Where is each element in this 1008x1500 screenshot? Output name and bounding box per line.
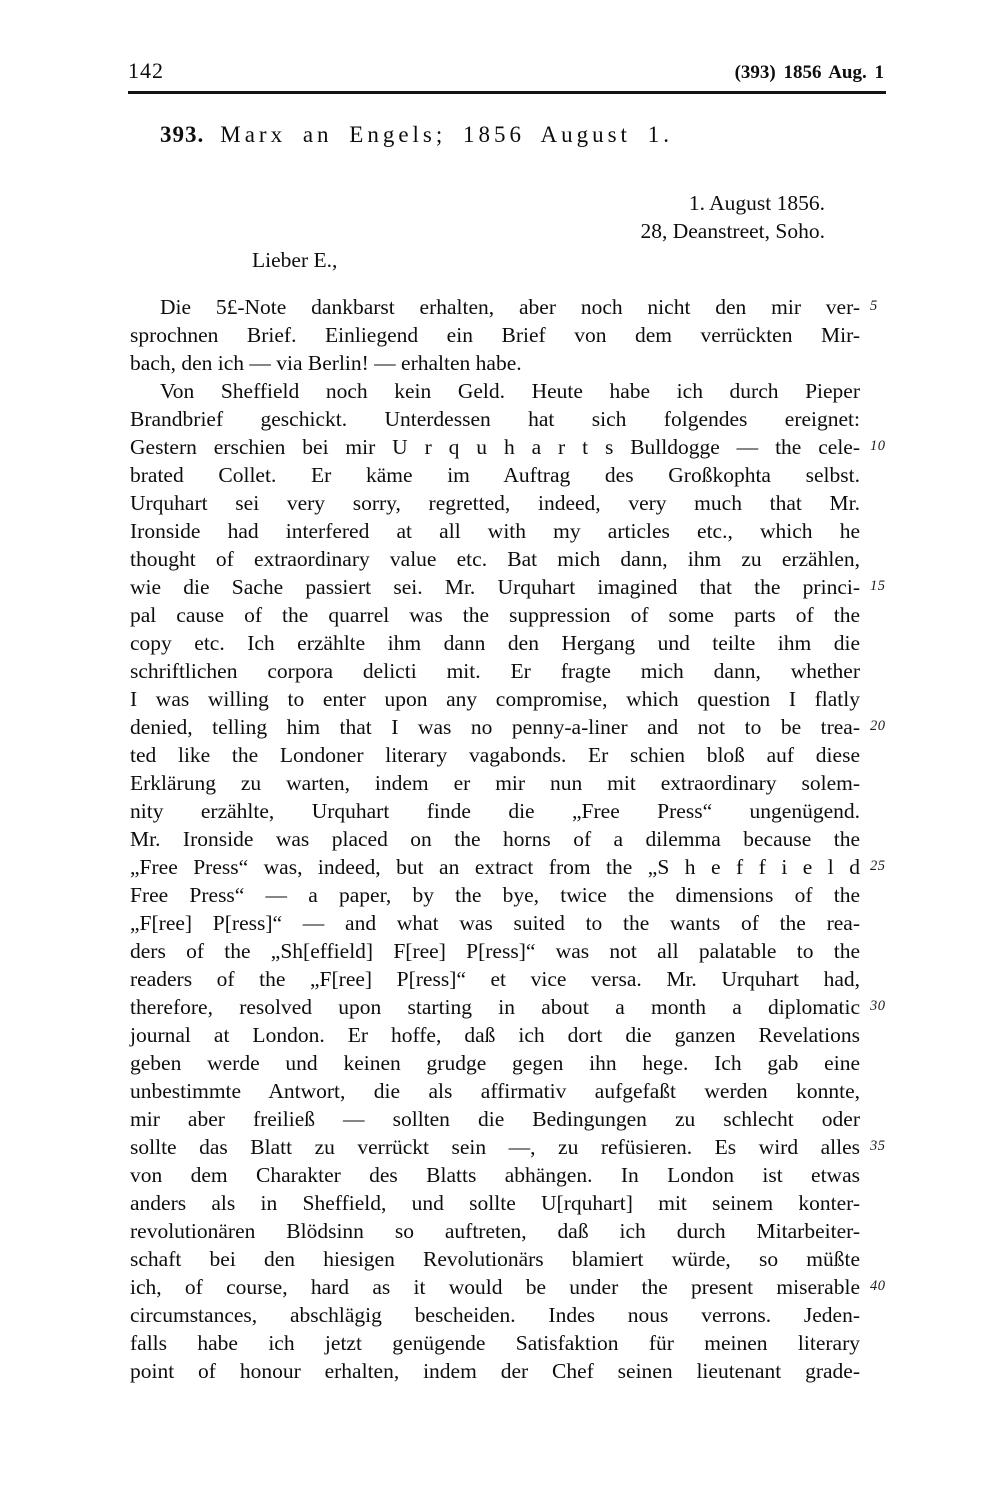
letter-line-text: sprochnen Brief. Einliegend ein Brief vo…: [130, 321, 860, 349]
letter-line: nity erzählte, Urquhart finde die „Free …: [130, 797, 860, 825]
letter-line: falls habe ich jetzt genügende Satisfakt…: [130, 1329, 860, 1357]
letter-line-text: nity erzählte, Urquhart finde die „Free …: [130, 797, 860, 825]
dateline: 1. August 1856.: [128, 189, 825, 217]
letter-line-text: unbestimmte Antwort, die als affirmativ …: [130, 1077, 860, 1105]
letter-line-text: Erklärung zu warten, indem er mir nun mi…: [130, 769, 860, 797]
letter-line: schriftlichen corpora delicti mit. Er fr…: [130, 657, 860, 685]
letter-line: „Free Press“ was, indeed, but an extract…: [130, 853, 860, 881]
letter-line-text: Von Sheffield noch kein Geld. Heute habe…: [130, 377, 860, 405]
line-number-margin: 35: [870, 1138, 906, 1155]
letter-line-text: pal cause of the quarrel was the suppres…: [130, 601, 860, 629]
letter-line-text: Ironside had interfered at all with my a…: [130, 517, 860, 545]
letter-line: Gestern erschien bei mir U r q u h a r t…: [130, 433, 860, 461]
letter-line: ders of the „Sh[effield] F[ree] P[ress]“…: [130, 937, 860, 965]
letter-line-text: Die 5£-Note dankbarst erhalten, aber noc…: [130, 293, 860, 321]
line-number-margin: 25: [870, 858, 906, 875]
letter-line-text: denied, telling him that I was no penny-…: [130, 713, 860, 741]
line-number-margin: 10: [870, 438, 906, 455]
letter-line-text: copy etc. Ich erzählte ihm dann den Herg…: [130, 629, 860, 657]
letter-line: Free Press“ — a paper, by the bye, twice…: [130, 881, 860, 909]
address-line: 28, Deanstreet, Soho.: [128, 217, 825, 245]
letter-line-text: von dem Charakter des Blatts abhängen. I…: [130, 1161, 860, 1189]
letter-line: therefore, resolved upon starting in abo…: [130, 993, 860, 1021]
letter-line: bach, den ich — via Berlin! — erhalten h…: [130, 349, 860, 377]
letter-line-text: I was willing to enter upon any compromi…: [130, 685, 860, 713]
letter-line: anders als in Sheffield, und sollte U[rq…: [130, 1189, 860, 1217]
letter-line: von dem Charakter des Blatts abhängen. I…: [130, 1161, 860, 1189]
letter-line: unbestimmte Antwort, die als affirmativ …: [130, 1077, 860, 1105]
letter-line-text: brated Collet. Er käme im Auftrag des Gr…: [130, 461, 860, 489]
letter-line: revolutionären Blödsinn so auftreten, da…: [130, 1217, 860, 1245]
letter-line-text: point of honour erhalten, indem der Chef…: [130, 1357, 860, 1385]
letter-line: geben werde und keinen grudge gegen ihn …: [130, 1049, 860, 1077]
letter-line-text: „Free Press“ was, indeed, but an extract…: [130, 853, 860, 881]
letter-line: thought of extraordinary value etc. Bat …: [130, 545, 860, 573]
line-number-margin: 15: [870, 578, 906, 595]
line-number-margin: 40: [870, 1278, 906, 1295]
letter-line-text: Brandbrief geschickt. Unterdessen hat si…: [130, 405, 860, 433]
letter-line: wie die Sache passiert sei. Mr. Urquhart…: [130, 573, 860, 601]
letter-line-text: schaft bei den hiesigen Revolutionärs bl…: [130, 1245, 860, 1273]
letter-line: Urquhart sei very sorry, regretted, inde…: [130, 489, 860, 517]
letter-line: Mr. Ironside was placed on the horns of …: [130, 825, 860, 853]
letter-line-text: falls habe ich jetzt genügende Satisfakt…: [130, 1329, 860, 1357]
book-page: 142 (393) 1856 Aug. 1 393.Marx an Engels…: [0, 0, 1008, 1500]
letter-line-text: journal at London. Er hoffe, daß ich dor…: [130, 1021, 860, 1049]
letter-line: Von Sheffield noch kein Geld. Heute habe…: [130, 377, 860, 405]
letter-line-text: schriftlichen corpora delicti mit. Er fr…: [130, 657, 860, 685]
letter-line-text: Urquhart sei very sorry, regretted, inde…: [130, 489, 860, 517]
letter-line-text: Free Press“ — a paper, by the bye, twice…: [130, 881, 860, 909]
header-rule: [128, 91, 886, 94]
letter-line-text: bach, den ich — via Berlin! — erhalten h…: [130, 349, 860, 377]
letter-line-text: ted like the Londoner literary vagabonds…: [130, 741, 860, 769]
letter-line: ted like the Londoner literary vagabonds…: [130, 741, 860, 769]
letter-line-text: circumstances, abschlägig bescheiden. In…: [130, 1301, 860, 1329]
letter-line: „F[ree] P[ress]“ — and what was suited t…: [130, 909, 860, 937]
letter-heading: 393.Marx an Engels; 1856 August 1.: [160, 122, 673, 148]
letter-line-text: sollte das Blatt zu verrückt sein —, zu …: [130, 1133, 860, 1161]
letter-line: sollte das Blatt zu verrückt sein —, zu …: [130, 1133, 860, 1161]
letter-line-text: ich, of course, hard as it would be unde…: [130, 1273, 860, 1301]
page-header: 142 (393) 1856 Aug. 1: [128, 58, 884, 84]
running-header: (393) 1856 Aug. 1: [735, 62, 884, 84]
letter-line: Die 5£-Note dankbarst erhalten, aber noc…: [130, 293, 860, 321]
letter-line-text: geben werde und keinen grudge gegen ihn …: [130, 1049, 860, 1077]
letter-line-text: ders of the „Sh[effield] F[ree] P[ress]“…: [130, 937, 860, 965]
line-number-margin: 5: [870, 298, 906, 315]
letter-line: circumstances, abschlägig bescheiden. In…: [130, 1301, 860, 1329]
letter-line: Ironside had interfered at all with my a…: [130, 517, 860, 545]
letter-line: mir aber freiließ — sollten die Bedingun…: [130, 1105, 860, 1133]
letter-line-text: readers of the „F[ree] P[ress]“ et vice …: [130, 965, 860, 993]
letter-line: Brandbrief geschickt. Unterdessen hat si…: [130, 405, 860, 433]
letter-line-text: wie die Sache passiert sei. Mr. Urquhart…: [130, 573, 860, 601]
letter-line-text: mir aber freiließ — sollten die Bedingun…: [130, 1105, 860, 1133]
letter-line: brated Collet. Er käme im Auftrag des Gr…: [130, 461, 860, 489]
line-number-margin: 30: [870, 998, 906, 1015]
letter-line-text: thought of extraordinary value etc. Bat …: [130, 545, 860, 573]
letter-line: copy etc. Ich erzählte ihm dann den Herg…: [130, 629, 860, 657]
letter-line-text: Mr. Ironside was placed on the horns of …: [130, 825, 860, 853]
letter-number: 393.: [160, 122, 204, 147]
letter-line: schaft bei den hiesigen Revolutionärs bl…: [130, 1245, 860, 1273]
line-number-margin: 20: [870, 718, 906, 735]
letter-line: I was willing to enter upon any compromi…: [130, 685, 860, 713]
letter-line: pal cause of the quarrel was the suppres…: [130, 601, 860, 629]
letter-line: point of honour erhalten, indem der Chef…: [130, 1357, 860, 1385]
letter-line-text: anders als in Sheffield, und sollte U[rq…: [130, 1189, 860, 1217]
letter-line-text: revolutionären Blödsinn so auftreten, da…: [130, 1217, 860, 1245]
page-number: 142: [128, 58, 164, 84]
letter-line: sprochnen Brief. Einliegend ein Brief vo…: [130, 321, 860, 349]
date-block: 1. August 1856. 28, Deanstreet, Soho.: [128, 189, 825, 245]
salutation: Lieber E.,: [252, 248, 337, 273]
letter-line: ich, of course, hard as it would be unde…: [130, 1273, 860, 1301]
letter-line-text: „F[ree] P[ress]“ — and what was suited t…: [130, 909, 860, 937]
letter-line-text: therefore, resolved upon starting in abo…: [130, 993, 860, 1021]
letter-line: denied, telling him that I was no penny-…: [130, 713, 860, 741]
letter-line: Erklärung zu warten, indem er mir nun mi…: [130, 769, 860, 797]
letter-body: Die 5£-Note dankbarst erhalten, aber noc…: [130, 293, 860, 1385]
letter-line-text: Gestern erschien bei mir U r q u h a r t…: [130, 433, 860, 461]
letter-line: readers of the „F[ree] P[ress]“ et vice …: [130, 965, 860, 993]
letter-line: journal at London. Er hoffe, daß ich dor…: [130, 1021, 860, 1049]
letter-title: Marx an Engels; 1856 August 1.: [220, 122, 673, 147]
